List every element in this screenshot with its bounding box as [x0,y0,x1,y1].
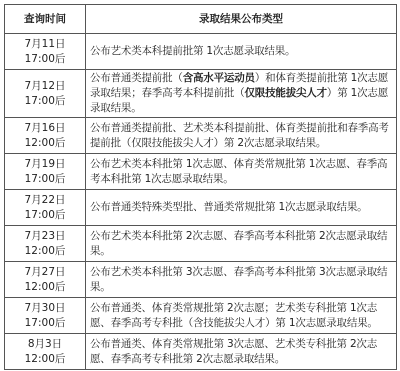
time: 12:00后 [25,353,66,365]
table-row: 7月12日17:00后 公布普通类提前批（含高水平运动员）和体育类提前批第 1次… [5,70,397,118]
desc-bold-text: 仅限技能拔尖人才 [245,87,327,99]
result-type-cell: 公布艺术类本科批第 1次志愿、体育类常规批第 1次志愿、春季高考本科批第 1次志… [86,154,397,190]
result-type-cell: 公布艺术类本科批第 2次志愿、春季高考本科批第 2次志愿录取结果。 [86,226,397,262]
header-query-time: 查询时间 [5,5,86,34]
result-type-cell: 公布艺术类本科批第 3次志愿、春季高考本科批第 3次志愿录取结果。 [86,262,397,298]
header-result-type: 录取结果公布类型 [86,5,397,34]
desc-text: 公布普通类提前批（ [90,72,183,84]
table-row: 7月19日17:00后 公布艺术类本科批第 1次志愿、体育类常规批第 1次志愿、… [5,154,397,190]
desc-text: 公布普通类、体育类常规批第 2次志愿；艺术类专科批第 1次志愿、春季高考专科批（… [90,302,378,329]
table-row: 7月23日12:00后 公布艺术类本科批第 2次志愿、春季高考本科批第 2次志愿… [5,226,397,262]
time: 17:00后 [25,95,66,107]
date: 7月11日 [24,38,65,50]
result-type-cell: 公布普通类提前批（含高水平运动员）和体育类提前批第 1次志愿录取结果；春季高考本… [86,70,397,118]
table-row: 8月3日12:00后 公布普通类、体育类常规批第 3次志愿、艺术类专科批第 2次… [5,334,397,370]
desc-text: 公布普通类、体育类常规批第 3次志愿、艺术类专科批第 2次志愿、春季高考专科批第… [90,338,377,365]
time: 12:00后 [25,281,66,293]
desc-text: 公布艺术类本科提前批第 1次志愿录取结果。 [90,45,295,57]
date: 7月27日 [24,266,65,278]
date: 7月22日 [24,194,65,206]
result-type-cell: 公布普通类特殊类型批、普通类常规批第 1次志愿录取结果。 [86,190,397,226]
desc-text: 公布艺术类本科批第 2次志愿、春季高考本科批第 2次志愿录取结果。 [90,230,387,257]
date: 7月12日 [24,80,65,92]
date: 8月3日 [28,338,62,350]
date: 7月16日 [24,122,65,134]
result-type-cell: 公布艺术类本科提前批第 1次志愿录取结果。 [86,34,397,70]
time: 17:00后 [25,209,66,221]
table-row: 7月27日12:00后 公布艺术类本科批第 3次志愿、春季高考本科批第 3次志愿… [5,262,397,298]
table-row: 7月16日12:00后 公布普通类提前批、艺术类本科提前批、体育类提前批和春季高… [5,118,397,154]
result-type-cell: 公布普通类提前批、艺术类本科提前批、体育类提前批和春季高考提前批（仅限技能拔尖人… [86,118,397,154]
admission-results-schedule-table: 查询时间 录取结果公布类型 7月11日17:00后 公布艺术类本科提前批第 1次… [4,4,397,370]
time: 17:00后 [25,317,66,329]
time: 12:00后 [25,245,66,257]
date: 7月19日 [24,158,65,170]
query-time-cell: 7月22日17:00后 [5,190,86,226]
time: 17:00后 [25,53,66,65]
desc-text: 公布普通类特殊类型批、普通类常规批第 1次志愿录取结果。 [90,201,367,213]
date: 7月23日 [24,230,65,242]
table-row: 7月30日17:00后 公布普通类、体育类常规批第 2次志愿；艺术类专科批第 1… [5,298,397,334]
desc-text: 公布普通类提前批、艺术类本科提前批、体育类提前批和春季高考提前批（仅限技能拔尖人… [90,122,389,149]
desc-text: 公布艺术类本科批第 1次志愿、体育类常规批第 1次志愿、春季高考本科批第 1次志… [90,158,387,185]
query-time-cell: 7月12日17:00后 [5,70,86,118]
date: 7月30日 [24,302,65,314]
result-type-cell: 公布普通类、体育类常规批第 2次志愿；艺术类专科批第 1次志愿、春季高考专科批（… [86,298,397,334]
query-time-cell: 7月11日17:00后 [5,34,86,70]
result-type-cell: 公布普通类、体育类常规批第 3次志愿、艺术类专科批第 2次志愿、春季高考专科批第… [86,334,397,370]
time: 17:00后 [25,173,66,185]
query-time-cell: 7月30日17:00后 [5,298,86,334]
query-time-cell: 7月27日12:00后 [5,262,86,298]
query-time-cell: 7月19日17:00后 [5,154,86,190]
desc-text: 公布艺术类本科批第 3次志愿、春季高考本科批第 3次志愿录取结果。 [90,266,387,293]
time: 12:00后 [25,137,66,149]
table-row: 7月22日17:00后 公布普通类特殊类型批、普通类常规批第 1次志愿录取结果。 [5,190,397,226]
query-time-cell: 7月23日12:00后 [5,226,86,262]
table-row: 7月11日17:00后 公布艺术类本科提前批第 1次志愿录取结果。 [5,34,397,70]
desc-bold-text: 含高水平运动员 [183,72,255,84]
table-header-row: 查询时间 录取结果公布类型 [5,5,397,34]
query-time-cell: 8月3日12:00后 [5,334,86,370]
query-time-cell: 7月16日12:00后 [5,118,86,154]
